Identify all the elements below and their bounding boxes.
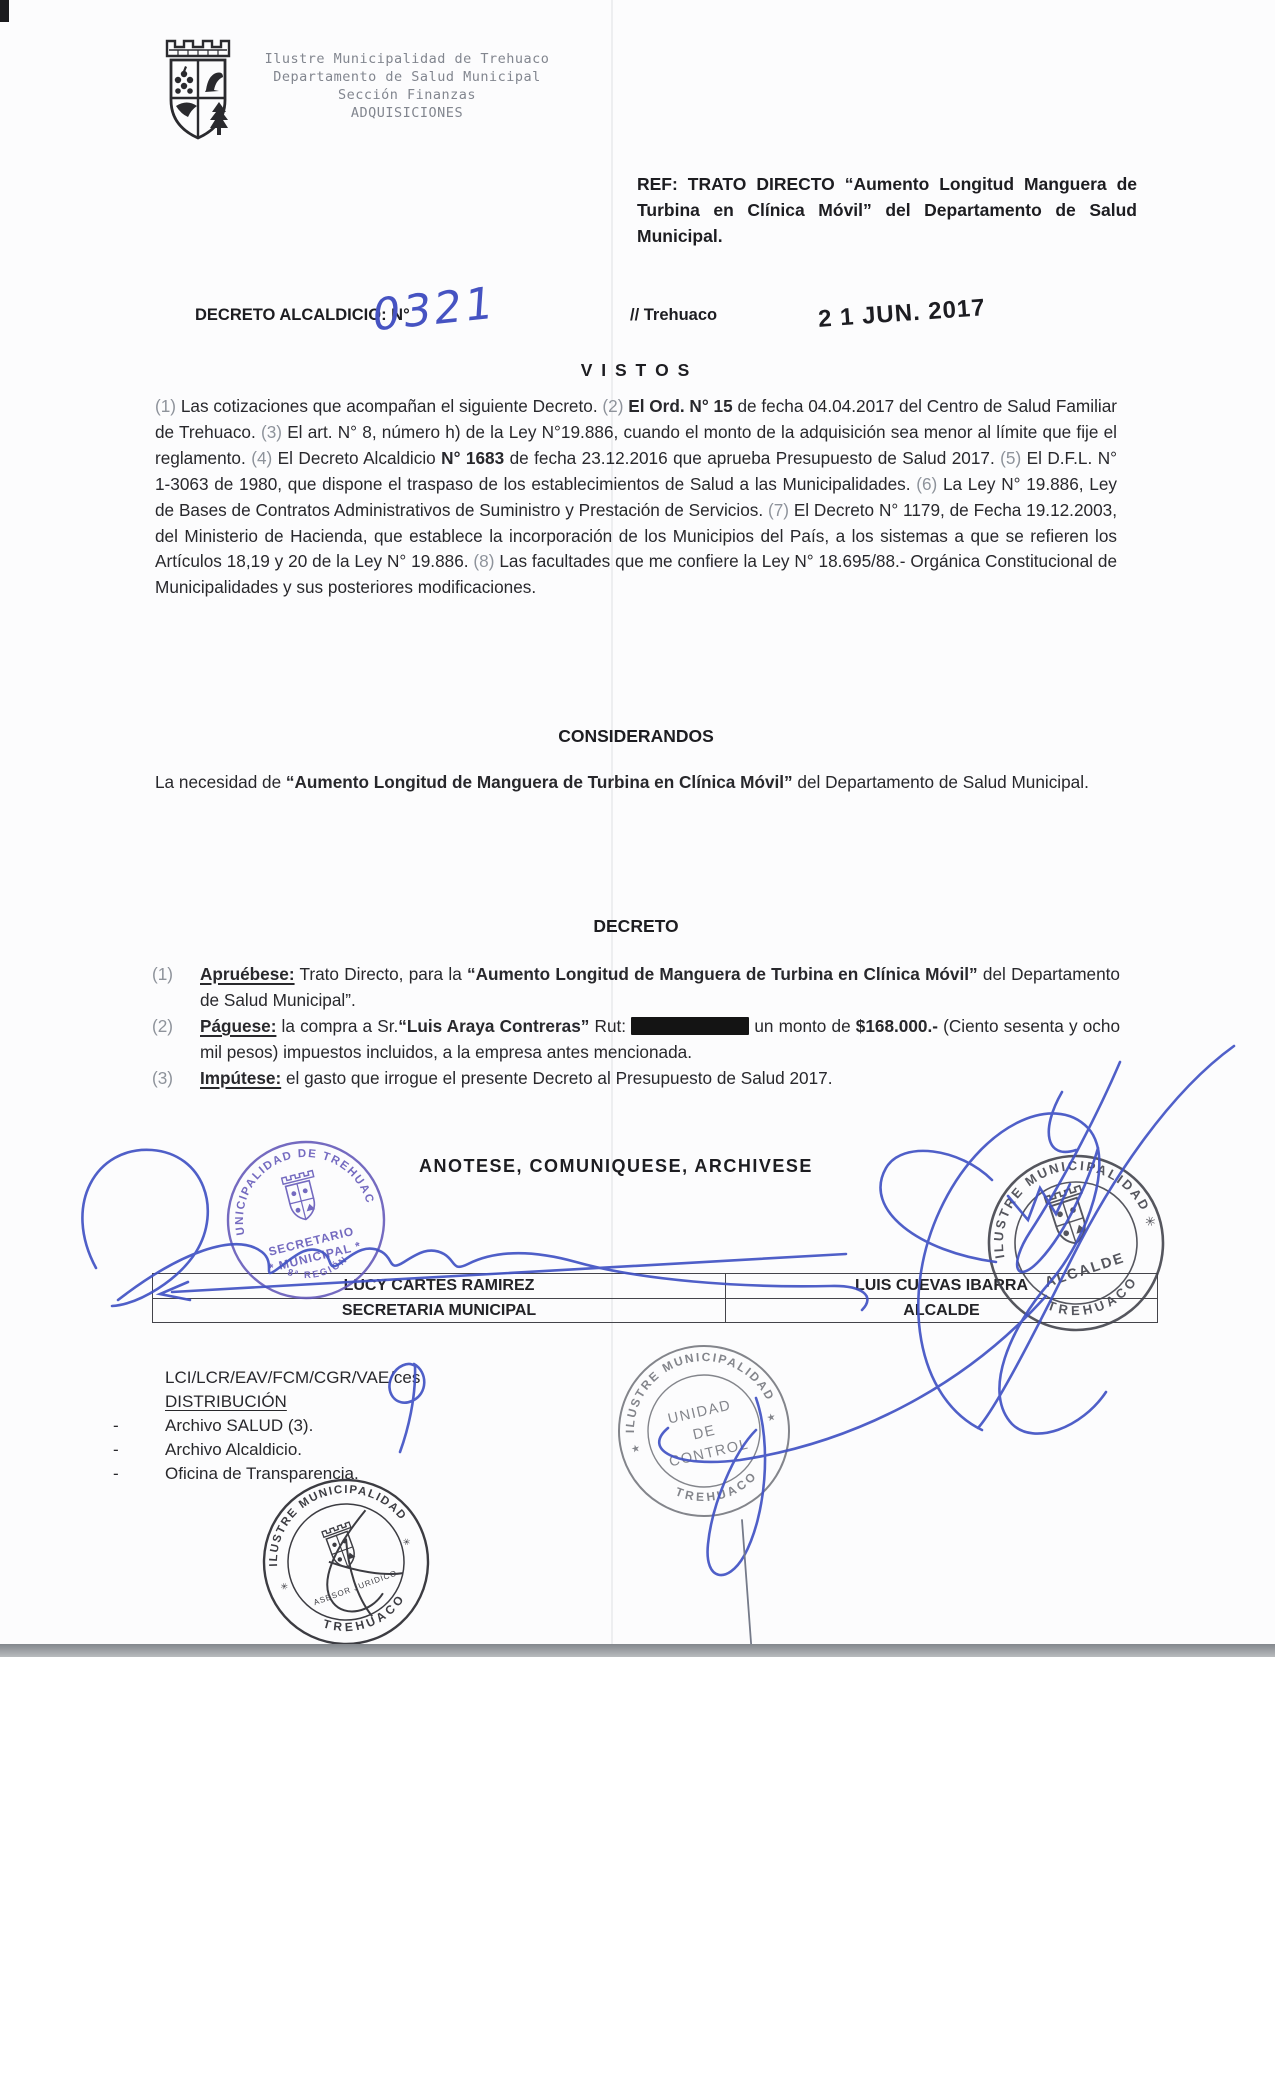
- responsibility-initials: LCI/LCR/EAV/FCM/CGR/VAE/ces: [113, 1366, 420, 1390]
- item-marker: (3): [152, 1066, 173, 1092]
- vistos-paragraph: (1) Las cotizaciones que acompañan el si…: [155, 394, 1117, 601]
- bullet-dash: -: [113, 1462, 165, 1486]
- signatory-right-name: LUIS CUEVAS IBARRA: [726, 1274, 1157, 1299]
- bullet-dash: -: [113, 1438, 165, 1462]
- signatory-right-title: ALCALDE: [726, 1299, 1157, 1322]
- item-marker: (1): [152, 962, 173, 988]
- letterhead-line: ADQUISICIONES: [252, 104, 562, 122]
- distribution-block: LCI/LCR/EAV/FCM/CGR/VAE/ces DISTRIBUCIÓN…: [113, 1366, 420, 1486]
- scan-artifact-corner: [0, 0, 9, 22]
- vistos-heading: V I S T O S: [155, 360, 1117, 381]
- ref-paragraph: REF: TRATO DIRECTO “Aumento Longitud Man…: [637, 171, 1137, 249]
- decreto-heading: DECRETO: [155, 916, 1117, 937]
- decreto-item: (2) Páguese: la compra a Sr.“Luis Araya …: [152, 1014, 1120, 1066]
- letterhead-line: Departamento de Salud Municipal: [252, 68, 562, 86]
- distribution-item: -Archivo Alcaldicio.: [113, 1438, 420, 1462]
- distribution-heading: DISTRIBUCIÓN: [165, 1392, 287, 1411]
- letterhead: Ilustre Municipalidad de Trehuaco Depart…: [252, 50, 562, 122]
- letterhead-line: Sección Finanzas: [252, 86, 562, 104]
- item-text: Impútese: el gasto que irrogue el presen…: [200, 1068, 833, 1088]
- scan-page-edge: [0, 1644, 1275, 1657]
- scanned-decree-document: Ilustre Municipalidad de Trehuaco Depart…: [0, 0, 1275, 2100]
- signature-table: LUCY CARTES RAMIREZ LUIS CUEVAS IBARRA S…: [152, 1273, 1158, 1323]
- item-text: Apruébese: Trato Directo, para la “Aumen…: [200, 964, 1120, 1010]
- considerandos-paragraph: La necesidad de “Aumento Longitud de Man…: [155, 770, 1117, 796]
- decreto-item: (3) Impútese: el gasto que irrogue el pr…: [152, 1066, 1120, 1092]
- distribution-item-text: Archivo SALUD (3).: [165, 1414, 313, 1438]
- signatory-left-name: LUCY CARTES RAMIREZ: [153, 1274, 726, 1299]
- distribution-item: -Oficina de Transparencia.: [113, 1462, 420, 1486]
- considerandos-heading: CONSIDERANDOS: [155, 726, 1117, 747]
- letterhead-line: Ilustre Municipalidad de Trehuaco: [252, 50, 562, 68]
- bullet-dash: -: [113, 1414, 165, 1438]
- signatory-left-title: SECRETARIA MUNICIPAL: [153, 1299, 726, 1322]
- item-text: Páguese: la compra a Sr.“Luis Araya Cont…: [200, 1016, 1120, 1062]
- distribution-item: -Archivo SALUD (3).: [113, 1414, 420, 1438]
- distribution-item-text: Oficina de Transparencia.: [165, 1462, 359, 1486]
- municipal-coat-of-arms-logo: [148, 34, 248, 149]
- decreto-items: (1) Apruébese: Trato Directo, para la “A…: [152, 962, 1120, 1092]
- distribution-item-text: Archivo Alcaldicio.: [165, 1438, 302, 1462]
- closing-order-line: ANOTESE, COMUNIQUESE, ARCHIVESE: [156, 1156, 1076, 1177]
- item-marker: (2): [152, 1014, 173, 1040]
- scan-fold-line: [611, 0, 613, 1644]
- decreto-item: (1) Apruébese: Trato Directo, para la “A…: [152, 962, 1120, 1014]
- decree-place-label: // Trehuaco: [630, 306, 717, 325]
